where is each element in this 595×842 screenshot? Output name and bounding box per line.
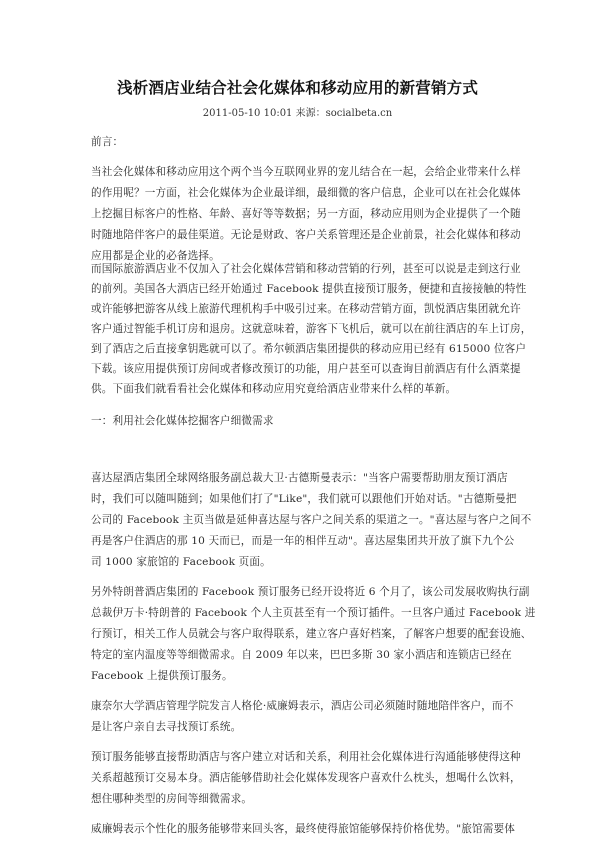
- text-line: Facebook 上提供预订服务。: [91, 670, 511, 682]
- text-line: 前言：: [91, 136, 511, 148]
- text-line: 下载。该应用提供预订房间或者修改预订的功能，用户甚至可以查询目前酒店有什么酒菜提: [91, 363, 511, 375]
- text-line: 到了酒店之后直接拿钥匙就可以了。希尔顿酒店集团提供的移动应用已经有 615000…: [91, 343, 511, 355]
- text-line: 行预订，相关工作人员就会与客户取得联系，建立客户喜好档案，了解客户想要的配套设施…: [91, 628, 511, 640]
- text-line: 而国际旅游酒店业不仅加入了社会化媒体营销和移动营销的行列，甚至可以说是走到这行业: [91, 263, 511, 275]
- text-line: 客户通过智能手机订房和退房。这就意味着，游客下飞机后，就可以在前往酒店的车上订房…: [91, 323, 511, 335]
- text-line: 预订服务能够直接帮助酒店与客户建立对话和关系，利用社会化媒体进行沟通能够使得这种: [91, 751, 511, 763]
- text-line: 当社会化媒体和移动应用这个两个当今互联网业界的宠儿结合在一起，会给企业带来什么样: [91, 166, 511, 178]
- text-line: 或许能够把游客从线上旅游代理机构手中吸引过来。在移动营销方面，凯悦酒店集团就允许: [91, 303, 511, 315]
- text-line: 的前列。美国各大酒店已经开始通过 Facebook 提供直接预订服务，便捷和直接…: [91, 283, 511, 295]
- text-line: 公司的 Facebook 主页当做是延伸喜达屋与客户之间关系的渠道之一。"喜达屋…: [91, 514, 511, 526]
- text-line: 时随地陪伴客户的最佳渠道。无论是财政、客户关系管理还是企业前景，社会化媒体和移动: [91, 229, 511, 241]
- text-line: 应用都是企业的必备选择。: [91, 250, 511, 262]
- text-line: 时，我们可以随叫随到；如果他们打了"Like"，我们就可以跟他们开始对话。"古德…: [91, 493, 511, 505]
- text-line: 是让客户亲自去寻找预订系统。: [91, 721, 511, 733]
- article-title: 浅析酒店业结合社会化媒体和移动应用的新营销方式: [0, 76, 595, 98]
- text-line: 康奈尔大学酒店管理学院发言人格伦·威廉姆表示，酒店公司必须随时随地陪伴客户，而不: [91, 700, 511, 712]
- text-line: 总裁伊万卡·特朗普的 Facebook 个人主页甚至有一个预订插件。一旦客户通过…: [91, 607, 511, 619]
- text-line: 司 1000 家旅馆的 Facebook 页面。: [91, 556, 511, 568]
- text-line: 喜达屋酒店集团全球网络服务副总裁大卫·古德斯曼表示："当客户需要帮助朋友预订酒店: [91, 472, 511, 484]
- text-line: 特定的室内温度等等细微需求。自 2009 年以来，巴巴多斯 30 家小酒店和连锁…: [91, 649, 511, 661]
- article-meta: 2011-05-10 10:01 来源：socialbeta.cn: [0, 104, 595, 119]
- text-line: 再是客户住酒店的那 10 天而已，而是一年的相伴互动"。喜达屋集团共开放了旗下九…: [91, 535, 511, 547]
- text-line: 的作用呢？一方面，社会化媒体为企业最详细，最细微的客户信息，企业可以在社会化媒体: [91, 187, 511, 199]
- text-line: 威廉姆表示个性化的服务能够带来回头客，最终使得旅馆能够保持价格优势。"旅馆需要体: [91, 823, 511, 835]
- text-line: 想住哪种类型的房间等细微需求。: [91, 793, 511, 805]
- text-line: 另外特朗普酒店集团的 Facebook 预订服务已经开设将近 6 个月了，该公司…: [91, 586, 511, 598]
- text-line: 供。下面我们就看看社会化媒体和移动应用究竟给酒店业带来什么样的革新。: [91, 383, 511, 395]
- section-heading: 一：利用社会化媒体挖掘客户细微需求: [91, 415, 511, 427]
- text-line: 关系超越预订交易本身。酒店能够借助社会化媒体发现客户喜欢什么枕头，想喝什么饮料，: [91, 772, 511, 784]
- text-line: 上挖掘目标客户的性格、年龄、喜好等等数据；另一方面，移动应用则为企业提供了一个随: [91, 208, 511, 220]
